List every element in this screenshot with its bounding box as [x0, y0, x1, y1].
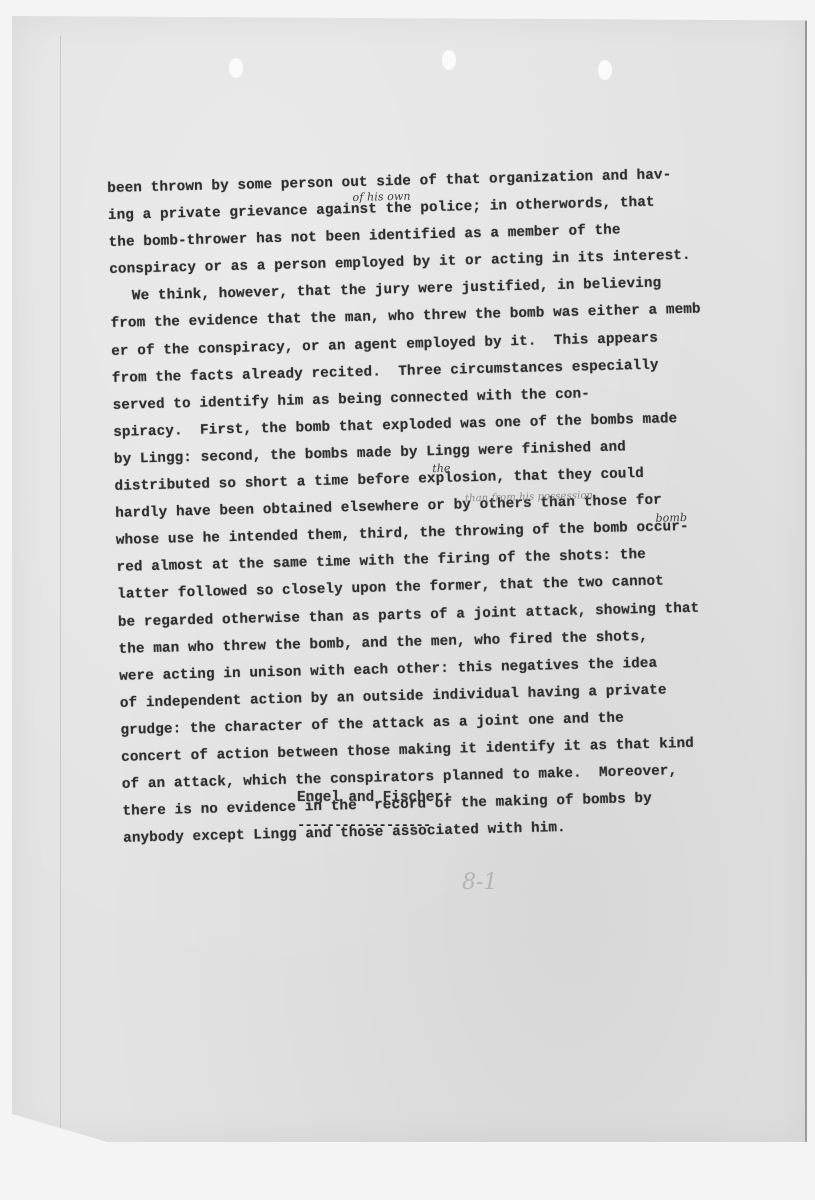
- punch-hole: [598, 60, 612, 80]
- typed-body: been thrown by some person out side of t…: [107, 159, 803, 853]
- handwritten-annotation: of his own: [352, 183, 411, 212]
- punch-hole: [229, 58, 243, 78]
- punch-hole: [442, 50, 456, 70]
- fold-line: [60, 36, 61, 1136]
- heading-underline: ------------------: [297, 818, 430, 834]
- page-mark: 8-1: [462, 870, 497, 895]
- handwritten-annotation: than from his possession: [465, 482, 594, 512]
- handwritten-annotation: bomb: [655, 504, 687, 532]
- handwritten-annotation: the: [432, 455, 451, 483]
- section-heading: Engel and Fischer:: [297, 790, 451, 806]
